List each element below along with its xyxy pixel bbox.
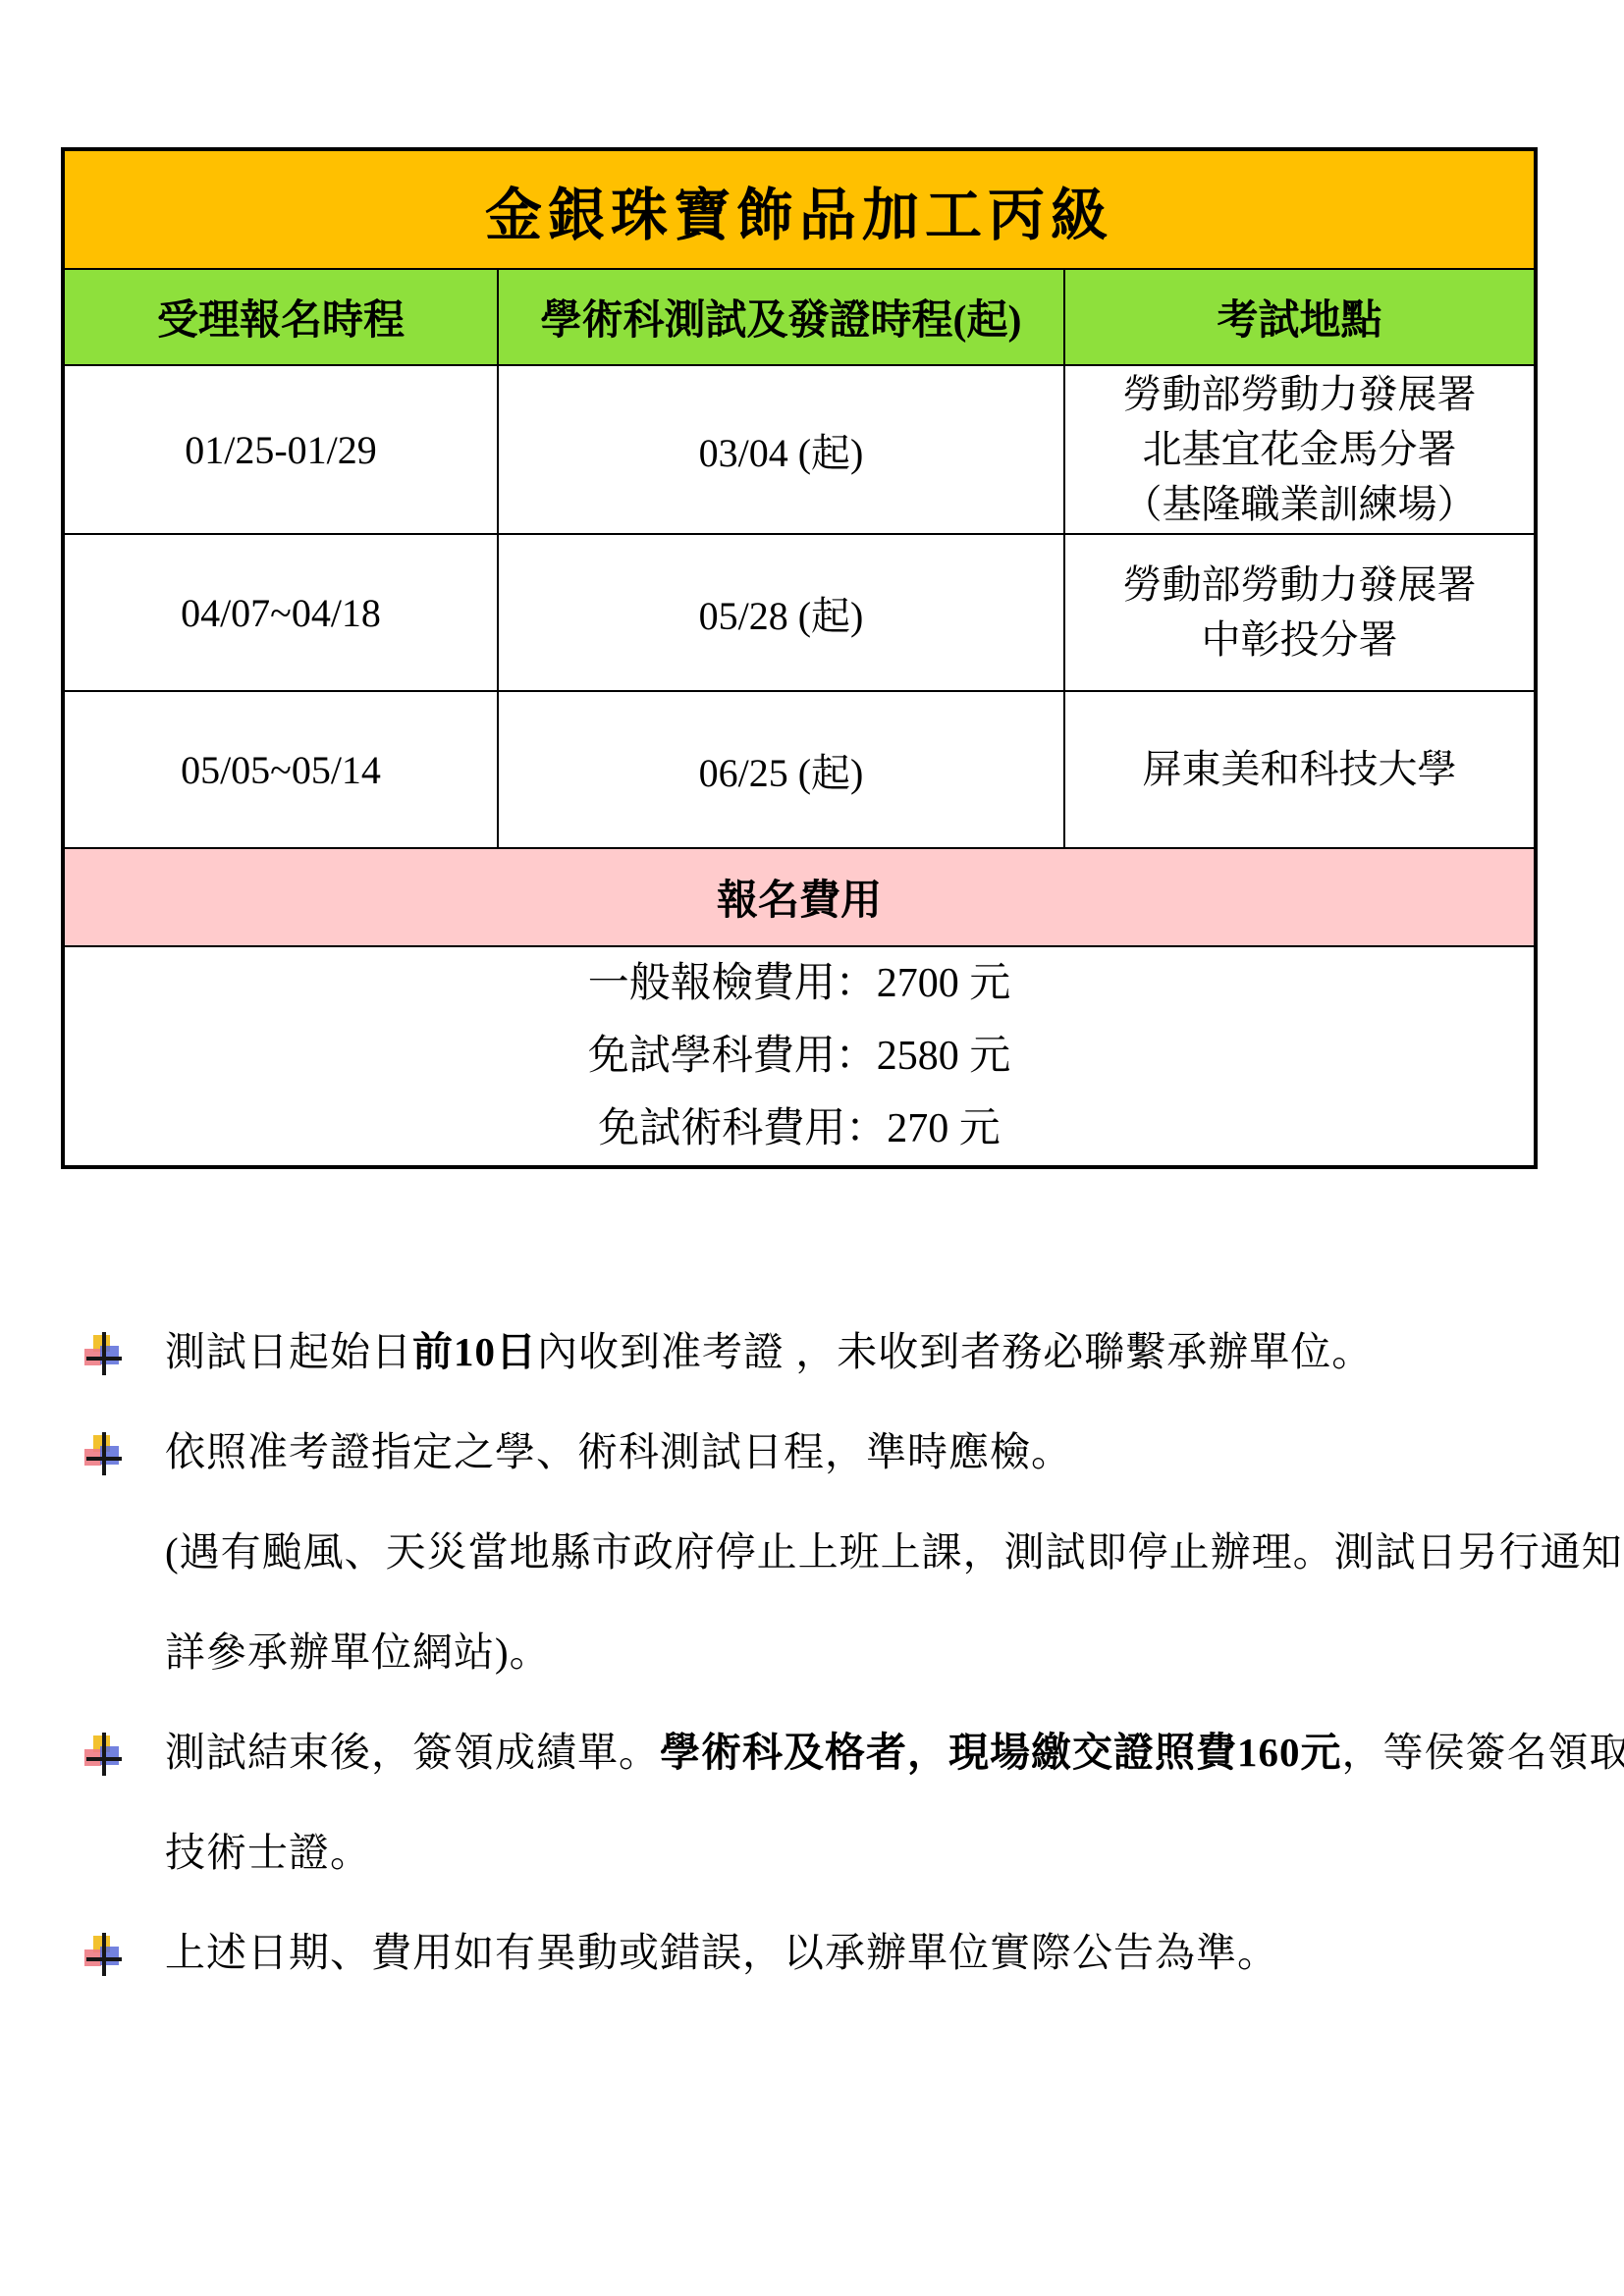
bullet-shape [102,1432,106,1475]
testdate-cell: 06/25 (起) [498,691,1064,848]
note-continuation-line: (遇有颱風、天災當地縣市政府停止上班上課，測試即停止辦理。測試日另行通知。 [0,1527,1624,1628]
bullet-shape [86,1757,122,1761]
bullet-shape [86,1957,122,1961]
note-continuation-line: 技術士證。 [0,1828,1624,1928]
location-cell: 屏東美和科技大學 [1064,691,1536,848]
bullet-shape [102,1332,106,1375]
text-line: 勞動部勞動力發展署 [1065,367,1534,422]
fee-header-row: 報名費用 [63,848,1536,946]
note-text-segment: 測試結束後，簽領成績單。 [165,1730,660,1775]
picture-bullet-icon [84,1435,124,1478]
text-line: 屏東美和科技大學 [1065,742,1534,797]
note-text-segment: (遇有颱風、天災當地縣市政府停止上班上課，測試即停止辦理。測試日另行通知。 [165,1529,1624,1575]
table-title-row: 金銀珠寶飾品加工丙級 [63,149,1536,269]
table-header-row: 受理報名時程 學術科測試及發證時程(起) 考試地點 [63,269,1536,365]
note-text-segment: 技術士證。 [165,1830,371,1875]
note-text-segment: ，等侯簽名領取 [1342,1730,1624,1775]
note-text-bold: 學術科及格者，現場繳交證照費160元 [660,1730,1342,1775]
testdate-cell: 05/28 (起) [498,534,1064,691]
schedule-row: 04/07~04/18 05/28 (起) 勞動部勞動力發展署中彰投分署 [63,534,1536,691]
document-page: 金銀珠寶飾品加工丙級 受理報名時程 學術科測試及發證時程(起) 考試地點 01/… [0,0,1624,2296]
schedule-row: 05/05~05/14 06/25 (起) 屏東美和科技大學 [63,691,1536,848]
picture-bullet-icon [84,1735,124,1779]
text-line: 免試學科費用：2580 元 [65,1020,1534,1093]
note-bullet-line: 測試日起始日前10日內收到准考證 ，未收到者務必聯繫承辦單位。 [0,1327,1624,1427]
fee-lines: 一般報檢費用：2700 元免試學科費用：2580 元免試術科費用：270 元 [63,946,1536,1167]
note-text: 測試結束後，簽領成績單。學術科及格者，現場繳交證照費160元，等侯簽名領取 [165,1730,1624,1775]
picture-bullet-icon [84,1936,124,1979]
text-line: （基隆職業訓練場） [1065,477,1534,532]
note-text-segment: 測試日起始日 [165,1329,412,1374]
period-cell: 05/05~05/14 [63,691,498,848]
bullet-shape [86,1357,122,1361]
column-header-testdate: 學術科測試及發證時程(起) [498,269,1064,365]
column-header-period: 受理報名時程 [63,269,498,365]
note-text: (遇有颱風、天災當地縣市政府停止上班上課，測試即停止辦理。測試日另行通知。 [165,1529,1624,1575]
text-line: 一般報檢費用：2700 元 [65,947,1534,1020]
text-line: 北基宜花金馬分署 [1065,422,1534,477]
column-header-location: 考試地點 [1064,269,1536,365]
note-text: 詳參承辦單位網站)。 [165,1629,551,1675]
schedule-row: 01/25-01/29 03/04 (起) 勞動部勞動力發展署北基宜花金馬分署（… [63,365,1536,534]
text-line: 中彰投分署 [1065,613,1534,667]
location-cell: 勞動部勞動力發展署中彰投分署 [1064,534,1536,691]
notes-list: 測試日起始日前10日內收到准考證 ，未收到者務必聯繫承辦單位。依照准考證指定之學… [0,1327,1624,2028]
note-text: 測試日起始日前10日內收到准考證 ，未收到者務必聯繫承辦單位。 [165,1329,1373,1374]
bullet-shape [102,1933,106,1976]
note-continuation-line: 詳參承辦單位網站)。 [0,1628,1624,1728]
note-text-segment: 依照准考證指定之學、術科測試日程，準時應檢。 [165,1429,1072,1474]
exam-title: 金銀珠寶飾品加工丙級 [63,149,1536,269]
location-cell: 勞動部勞動力發展署北基宜花金馬分署（基隆職業訓練場） [1064,365,1536,534]
text-line: 勞動部勞動力發展署 [1065,558,1534,613]
testdate-cell: 03/04 (起) [498,365,1064,534]
note-bullet-line: 依照准考證指定之學、術科測試日程，準時應檢。 [0,1427,1624,1527]
note-text-segment: 上述日期、費用如有異動或錯誤，以承辦單位實際公告為準。 [165,1930,1278,1975]
note-text: 技術士證。 [165,1830,371,1875]
fee-detail-row: 一般報檢費用：2700 元免試學科費用：2580 元免試術科費用：270 元 [63,946,1536,1167]
note-bullet-line: 上述日期、費用如有異動或錯誤，以承辦單位實際公告為準。 [0,1928,1624,2028]
exam-schedule-table: 金銀珠寶飾品加工丙級 受理報名時程 學術科測試及發證時程(起) 考試地點 01/… [61,147,1538,1169]
note-text-bold: 前10日 [412,1329,537,1374]
bullet-shape [102,1733,106,1776]
note-text-segment: 詳參承辦單位網站)。 [165,1629,551,1675]
period-cell: 01/25-01/29 [63,365,498,534]
note-text: 上述日期、費用如有異動或錯誤，以承辦單位實際公告為準。 [165,1930,1278,1975]
bullet-shape [86,1457,122,1461]
fee-section-title: 報名費用 [63,848,1536,946]
note-text: 依照准考證指定之學、術科測試日程，準時應檢。 [165,1429,1072,1474]
period-cell: 04/07~04/18 [63,534,498,691]
note-text-segment: 內收到准考證 ，未收到者務必聯繫承辦單位。 [537,1329,1373,1374]
picture-bullet-icon [84,1335,124,1378]
note-bullet-line: 測試結束後，簽領成績單。學術科及格者，現場繳交證照費160元，等侯簽名領取 [0,1728,1624,1828]
text-line: 免試術科費用：270 元 [65,1093,1534,1165]
